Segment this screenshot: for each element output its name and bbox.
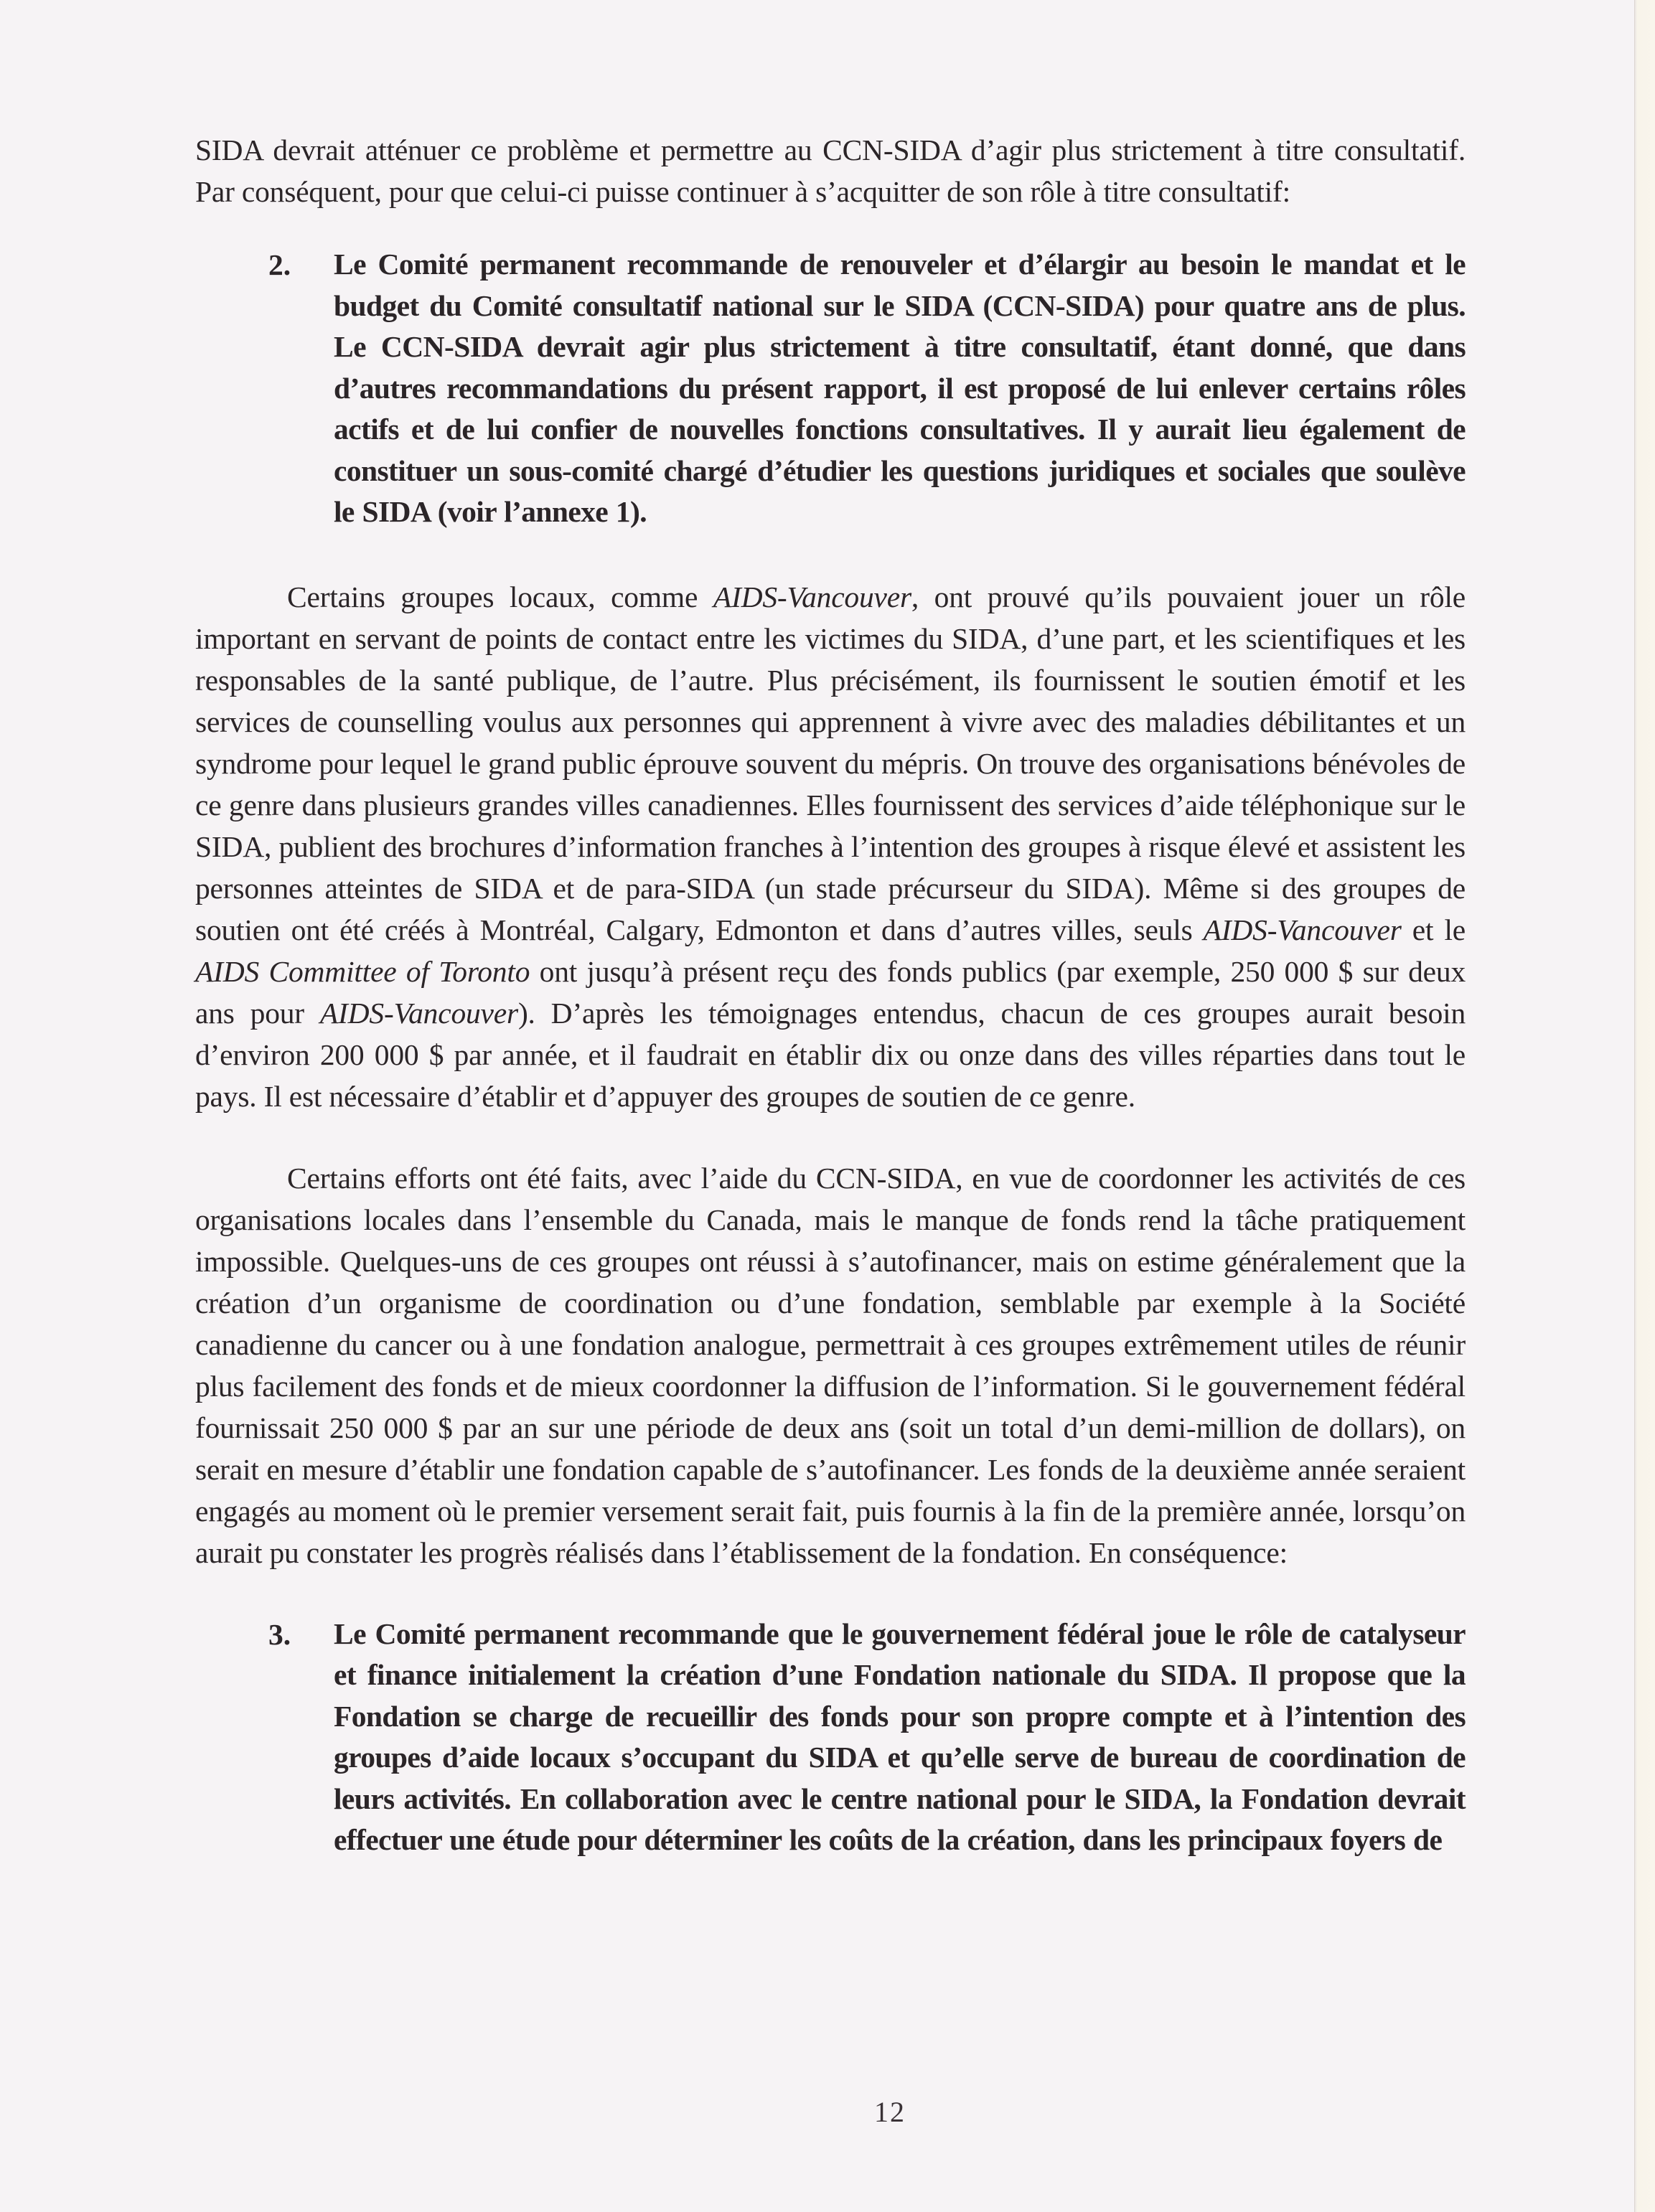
recommendation-number: 2. bbox=[268, 244, 334, 533]
recommendation-number: 3. bbox=[268, 1614, 334, 1861]
text-segment: et le bbox=[1402, 913, 1466, 946]
text-segment: , ont prouvé qu’ils pouvaient jouer un r… bbox=[195, 580, 1466, 946]
recommendation-text: Le Comité permanent recommande que le go… bbox=[334, 1614, 1466, 1861]
recommendation-text: Le Comité permanent recommande de renouv… bbox=[334, 244, 1466, 533]
text-segment: Certains groupes locaux, comme bbox=[287, 580, 713, 613]
paragraph-coordination: Certains efforts ont été faits, avec l’a… bbox=[195, 1157, 1466, 1573]
paragraph-local-groups: Certains groupes locaux, comme AIDS-Vanc… bbox=[195, 576, 1466, 1117]
page-body: SIDA devrait atténuer ce problème et per… bbox=[195, 129, 1466, 1904]
organization-name: AIDS Committee of Toronto bbox=[195, 955, 530, 988]
organization-name: AIDS-Vancouver bbox=[320, 997, 518, 1030]
organization-name: AIDS-Vancouver bbox=[713, 580, 911, 613]
paragraph-intro: SIDA devrait atténuer ce problème et per… bbox=[195, 129, 1466, 212]
recommendation-3: 3. Le Comité permanent recommande que le… bbox=[268, 1614, 1466, 1861]
page-edge bbox=[1634, 0, 1655, 2212]
recommendation-2: 2. Le Comité permanent recommande de ren… bbox=[268, 244, 1466, 533]
organization-name: AIDS-Vancouver bbox=[1204, 913, 1402, 946]
page-number: 12 bbox=[874, 2095, 906, 2129]
